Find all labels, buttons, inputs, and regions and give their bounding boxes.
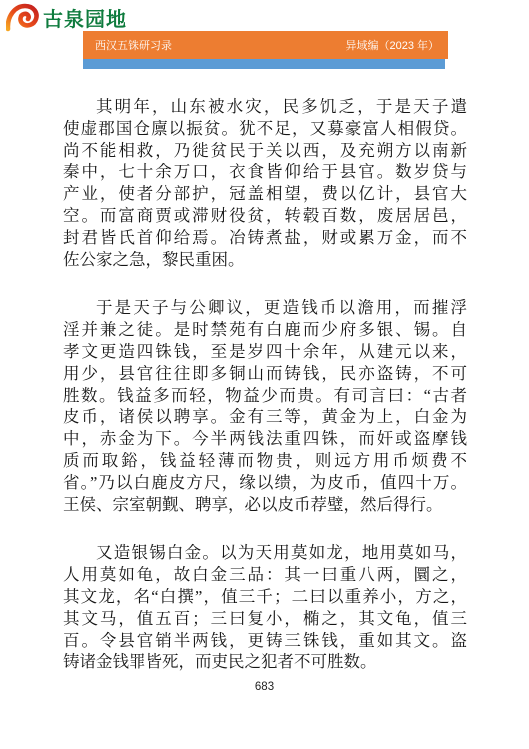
text-line: 又造银锡白金。以为天用莫如龙，地用莫如马， [63, 542, 467, 564]
text-line: 中，赤金为下。今半两钱法重四铢，而奸或盗摩钱 [63, 428, 467, 450]
text-line: 其文龙，名“白撰”，值三千；二曰以重养小，方之， [63, 586, 467, 608]
text-line: 孝文更造四铢钱，至是岁四十余年，从建元以来， [63, 341, 467, 363]
text-line: 使虚郡国仓廪以振贫。犹不足，又募豪富人相假贷。 [63, 118, 467, 140]
header-left-title: 西汉五铢研习录 [95, 37, 172, 53]
text-line: 人用莫如龟，故白金三品：其一曰重八两，圜之， [63, 564, 467, 586]
text-line: 产业，使者分部护，冠盖相望，费以亿计，县官大 [63, 183, 467, 205]
text-line: 空。而富商贾或滞财役贫，转毂百数，废居居邑， [63, 205, 467, 227]
header-accent-strip [83, 59, 445, 69]
text-line: 省。”乃以白鹿皮方尺，缘以缋，为皮币，值四十万。 [63, 472, 467, 494]
text-line: 皮币，诸侯以聘享。金有三等，黄金为上，白金为 [63, 406, 467, 428]
text-line: 胜数。钱益多而轻，物益少而贵。有司言曰：“古者 [63, 385, 467, 407]
text-line: 王侯、宗室朝觐、聘享，必以皮币荐璧，然后得行。 [63, 494, 467, 516]
text-line: 质而取鋊，钱益轻薄而物贵，则远方用币烦费不 [63, 450, 467, 472]
page-number: 683 [0, 681, 529, 693]
paragraph-3: 又造银锡白金。以为天用莫如龙，地用莫如马， 人用莫如龟，故白金三品：其一曰重八两… [63, 542, 467, 673]
text-line: 其文马，值五百；三曰复小，椭之，其文龟，值三 [63, 608, 467, 630]
header-right-title: 异域编（2023 年） [345, 37, 439, 53]
text-line: 封君皆氏首仰给焉。冶铸煮盐，财或累万金，而不 [63, 227, 467, 249]
document-body: 其明年，山东被水灾，民多饥乏，于是天子遣 使虚郡国仓廪以振贫。犹不足，又募豪富人… [63, 96, 467, 673]
paragraph-2: 于是天子与公卿议，更造钱币以澹用，而摧浮 淫并兼之徒。是时禁苑有白鹿而少府多银、… [63, 297, 467, 515]
text-line: 秦中，七十余万口，衣食皆仰给于县官。数岁贷与 [63, 161, 467, 183]
text-line: 其明年，山东被水灾，民多饥乏，于是天子遣 [63, 96, 467, 118]
site-name: 古泉园地 [43, 3, 127, 32]
paragraph-1: 其明年，山东被水灾，民多饥乏，于是天子遣 使虚郡国仓廪以振贫。犹不足，又募豪富人… [63, 96, 467, 270]
text-line: 百。令县官销半两钱，更铸三铢钱，重如其文。盗 [63, 630, 467, 652]
site-logo: 古泉园地 [6, 3, 127, 32]
document-header-bar: 西汉五铢研习录 异域编（2023 年） [83, 31, 448, 59]
text-line: 佐公家之急，黎民重困。 [63, 249, 467, 271]
text-line: 尚不能相救，乃徙贫民于关以西，及充朔方以南新 [63, 140, 467, 162]
text-line: 铸诸金钱罪皆死，而吏民之犯者不可胜数。 [63, 651, 467, 673]
text-line: 淫并兼之徒。是时禁苑有白鹿而少府多银、锡。自 [63, 319, 467, 341]
text-line: 用少，县官往往即多铜山而铸钱，民亦盗铸，不可 [63, 363, 467, 385]
text-line: 于是天子与公卿议，更造钱币以澹用，而摧浮 [63, 297, 467, 319]
logo-swirl-icon [6, 3, 40, 32]
